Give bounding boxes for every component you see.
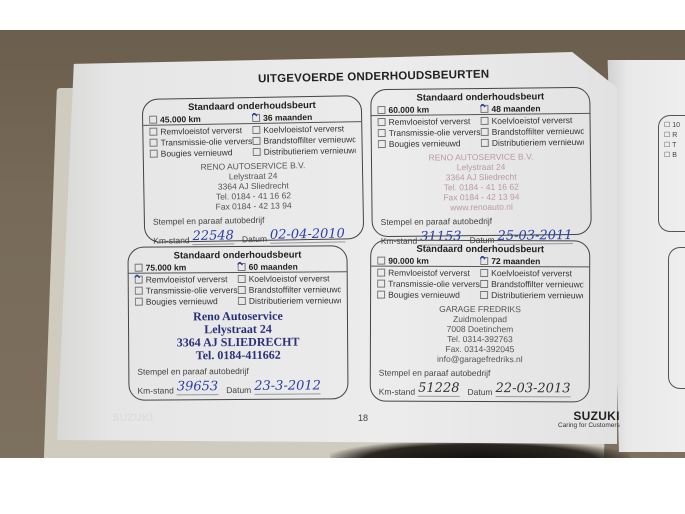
checklist-item: Remvloeistof ververst: [135, 274, 238, 285]
checklist-item: Distributieriem vernieuwd: [481, 136, 584, 147]
month-interval: 72 maanden: [480, 256, 583, 266]
checklist-label: Remvloeistof ververst: [388, 267, 470, 277]
checklist-item: Koelvloeistof ververst: [480, 268, 583, 278]
checklist-label: Distributieriem vernieuwd: [492, 136, 584, 147]
checklist-label: Brandstoffilter vernieuwd: [263, 134, 355, 146]
checklist-label: Koelvloeistof ververst: [491, 268, 572, 278]
checklist-checkbox[interactable]: [252, 136, 260, 144]
km-interval-label: 45.000 km: [160, 113, 201, 124]
month-interval: 48 maanden: [480, 102, 583, 113]
checklist-checkbox[interactable]: [135, 286, 143, 294]
ghost-logo: SUZUKI: [112, 412, 153, 424]
partial-text: ☐ 10: [664, 121, 685, 131]
checklist-checkbox[interactable]: [150, 149, 158, 157]
checklist-label: Distributieriem vernieuwd: [264, 145, 356, 157]
checklist-row: Transmissie-olie ververstBrandstoffilter…: [129, 283, 347, 296]
checklist-label: Bougies vernieuwd: [388, 289, 460, 299]
date-label: Datum: [467, 387, 492, 397]
checklist-label: Brandstoffilter vernieuwd: [492, 125, 584, 136]
service-card-60000: Standaard onderhoudsbeurt60.000 km48 maa…: [370, 87, 592, 237]
date-value: 23-3-2012: [254, 378, 321, 394]
checklist-item: Remvloeistof ververst: [377, 267, 480, 277]
dealer-stamp: RENO AUTOSERVICE B.V.Lelystraat 243364 A…: [144, 159, 363, 213]
checklist-item: Transmissie-olie ververst: [135, 285, 238, 296]
checklist-item: Distributieriem vernieuwd: [480, 290, 583, 300]
km-interval-checkbox[interactable]: [377, 256, 385, 264]
dealer-stamp: GARAGE FREDRIKSZuidmolenpad7008 Doetinch…: [371, 304, 589, 365]
km-interval-label: 90.000 km: [388, 255, 429, 265]
checklist-label: Distributieriem vernieuwd: [491, 290, 583, 300]
km-interval-checkbox[interactable]: [135, 263, 143, 271]
km-date-row: Km-stand51228Datum22-03-2013: [371, 381, 589, 398]
km-interval-label: 75.000 km: [146, 262, 187, 272]
month-interval: 36 maanden: [252, 111, 355, 123]
month-interval-checkbox[interactable]: [480, 257, 488, 265]
checklist-checkbox[interactable]: [377, 290, 385, 298]
service-card-75000: Standaard onderhoudsbeurt75.000 km60 maa…: [127, 245, 348, 401]
checklist-label: Bougies vernieuwd: [389, 138, 461, 149]
checklist-item: Bougies vernieuwd: [377, 289, 480, 299]
km-interval-checkbox[interactable]: [377, 105, 385, 113]
checklist-label: Koelvloeistof ververst: [492, 115, 573, 126]
checklist-label: Bougies vernieuwd: [161, 147, 233, 158]
checklist-item: Brandstoffilter vernieuwd: [252, 134, 355, 146]
stamp-line-text: www.renoauto.nl: [372, 201, 590, 213]
checklist-item: Remvloeistof ververst: [378, 116, 481, 127]
km-label: Km-stand: [379, 387, 415, 397]
checklist-label: Remvloeistof ververst: [160, 125, 242, 136]
page-number: 18: [358, 413, 368, 423]
km-label: Km-stand: [153, 235, 190, 246]
checklist-checkbox[interactable]: [378, 139, 386, 147]
next-page-card-partial-2: [668, 247, 685, 389]
km-interval-label: 60.000 km: [388, 104, 429, 114]
checklist-label: Brandstoffilter vernieuwd: [249, 284, 341, 295]
checklist-item: Bougies vernieuwd: [135, 296, 238, 307]
month-interval-checkbox[interactable]: [238, 262, 246, 270]
checklist-item: Bougies vernieuwd: [378, 138, 481, 149]
checklist-item: Brandstoffilter vernieuwd: [481, 125, 584, 136]
interval-row: 90.000 km72 maanden: [371, 255, 589, 268]
checklist-checkbox[interactable]: [480, 269, 488, 277]
date-label: Datum: [242, 234, 267, 244]
checklist-label: Remvloeistof ververst: [389, 116, 471, 127]
stamp-signature-label: Stempel en paraaf autobedrijf: [373, 215, 591, 227]
checklist-checkbox[interactable]: [238, 274, 246, 282]
stamp-signature-label: Stempel en paraaf autobedrijf: [129, 365, 347, 377]
checklist-row: Bougies vernieuwdDistributieriem vernieu…: [372, 136, 590, 149]
checklist-checkbox[interactable]: [252, 125, 260, 133]
checklist-label: Koelvloeistof ververst: [263, 123, 344, 134]
date-value: 22-03-2013: [496, 381, 571, 397]
month-interval-label: 60 maanden: [249, 261, 298, 271]
km-interval: 45.000 km: [149, 113, 252, 125]
checklist-row: Remvloeistof ververstKoelvloeistof verve…: [371, 267, 589, 279]
checklist-label: Distributieriem vernieuwd: [249, 295, 341, 306]
checklist-row: Transmissie-olie ververstBrandstoffilter…: [371, 278, 589, 290]
month-interval-label: 48 maanden: [491, 103, 540, 114]
checklist-item: Koelvloeistof ververst: [238, 273, 341, 284]
checklist-item: Transmissie-olie ververst: [149, 136, 252, 148]
checklist-item: Koelvloeistof ververst: [252, 123, 355, 135]
month-interval-label: 36 maanden: [263, 111, 312, 122]
checklist-checkbox[interactable]: [480, 280, 488, 288]
km-label: Km-stand: [137, 385, 173, 395]
checklist-checkbox[interactable]: [378, 128, 386, 136]
checklist-checkbox[interactable]: [149, 138, 157, 146]
date-value: 02-04-2010: [270, 226, 345, 243]
km-interval: 60.000 km: [377, 104, 480, 115]
brand-name: SUZUKI: [558, 409, 620, 423]
checklist-checkbox[interactable]: [149, 127, 157, 135]
checklist-item: Brandstoffilter vernieuwd: [238, 284, 341, 295]
checklist-checkbox[interactable]: [378, 117, 386, 125]
checklist-label: Transmissie-olie ververst: [160, 136, 252, 148]
checklist-item: Transmissie-olie ververst: [378, 127, 481, 138]
checklist-row: Bougies vernieuwdDistributieriem vernieu…: [371, 289, 589, 301]
checklist-checkbox[interactable]: [238, 285, 246, 293]
checklist-item: Distributieriem vernieuwd: [253, 145, 356, 157]
partial-text: ☐ B: [664, 151, 685, 161]
next-page-card-partial: ☐ 10☐ R☐ T☐ B: [658, 115, 685, 232]
checklist-item: Brandstoffilter vernieuwd: [480, 279, 583, 289]
checklist-item: Bougies vernieuwd: [150, 147, 253, 159]
checklist-label: Bougies vernieuwd: [146, 296, 218, 307]
month-interval-label: 72 maanden: [491, 256, 540, 266]
checklist-label: Transmissie-olie ververst: [389, 127, 481, 138]
checklist-checkbox[interactable]: [481, 127, 489, 135]
checklist-row: Remvloeistof ververstKoelvloeistof verve…: [129, 272, 347, 285]
checklist-checkbox[interactable]: [480, 291, 488, 299]
km-interval: 75.000 km: [135, 262, 238, 273]
checklist-label: Koelvloeistof ververst: [249, 273, 330, 284]
service-card-45000: Standaard onderhoudsbeurt45.000 km36 maa…: [142, 95, 364, 243]
checklist-item: Koelvloeistof ververst: [481, 114, 584, 125]
stamp-signature-label: Stempel en paraaf autobedrijf: [371, 368, 589, 379]
suzuki-logo: SUZUKI Caring for Customers: [558, 409, 620, 429]
checklist-label: Remvloeistof ververst: [146, 274, 228, 285]
checklist-label: Transmissie-olie ververst: [146, 285, 238, 296]
service-card-90000: Standaard onderhoudsbeurt90.000 km72 maa…: [370, 240, 591, 403]
checklist-item: Transmissie-olie ververst: [377, 278, 480, 288]
dealer-stamp: RENO AUTOSERVICE B.V.Lelystraat 243364 A…: [372, 151, 591, 213]
km-stand-value: 51228: [418, 381, 459, 397]
service-type-title: Standaard onderhoudsbeurt: [371, 244, 589, 256]
km-stand-value: 39653: [177, 379, 218, 395]
checklist-checkbox[interactable]: [253, 147, 261, 155]
checklist-label: Transmissie-olie ververst: [388, 278, 480, 288]
checklist-checkbox[interactable]: [377, 268, 385, 276]
checklist-checkbox[interactable]: [481, 138, 489, 146]
km-date-row: Km-stand39653Datum23-3-2012: [129, 378, 347, 396]
dealer-stamp: Reno AutoserviceLelystraat 243364 AJ SLI…: [129, 309, 347, 363]
checklist-checkbox[interactable]: [377, 279, 385, 287]
checklist-checkbox[interactable]: [135, 275, 143, 283]
stamp-line-text: info@garagefredriks.nl: [371, 354, 589, 365]
partial-text: ☐ T: [664, 141, 685, 151]
partial-text: ☐ R: [664, 131, 685, 141]
checklist-item: Distributieriem vernieuwd: [238, 295, 341, 306]
stamp-signature-label: Stempel en paraaf autobedrijf: [145, 213, 363, 227]
km-stand-value: 22548: [192, 228, 234, 245]
checklist-checkbox[interactable]: [481, 116, 489, 124]
checklist-label: Brandstoffilter vernieuwd: [491, 279, 583, 289]
km-interval: 90.000 km: [377, 255, 480, 265]
month-interval-checkbox[interactable]: [480, 104, 488, 112]
stamp-line-text: Tel. 0184-411662: [129, 348, 347, 363]
month-interval: 60 maanden: [238, 261, 341, 272]
month-interval-checkbox[interactable]: [252, 113, 260, 121]
checklist-item: Remvloeistof ververst: [149, 125, 252, 137]
checklist-checkbox[interactable]: [238, 296, 246, 304]
checklist-row: Bougies vernieuwdDistributieriem vernieu…: [129, 294, 347, 307]
km-interval-checkbox[interactable]: [149, 115, 157, 123]
brand-tagline: Caring for Customers: [558, 422, 620, 429]
date-label: Datum: [226, 385, 251, 395]
checklist-checkbox[interactable]: [135, 297, 143, 305]
